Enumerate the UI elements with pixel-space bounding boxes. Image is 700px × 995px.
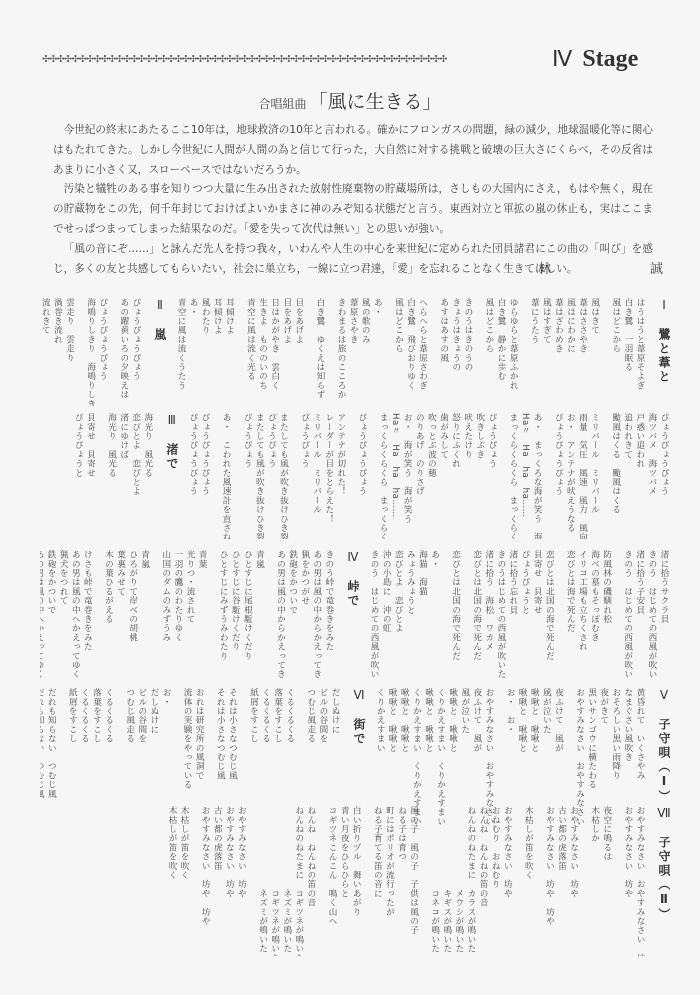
lyric-line: 風はすぎて	[540, 298, 552, 406]
lyric-line: 青空に風は流くうたう	[175, 298, 187, 406]
lyric-line: 恋びとは海で死んだ	[564, 550, 576, 678]
lyric-line: ねんねのねたまに コギツネが鳴いた	[293, 806, 305, 956]
movement-number: Ⅵ	[353, 688, 365, 704]
lyric-line: 怒りにふくれ	[450, 413, 462, 539]
piece-title: 合唱組曲「風に生きる」	[0, 88, 700, 118]
stanza-gap	[601, 298, 610, 406]
lyric-line: お・ 海が笑う 海が笑う	[401, 413, 413, 539]
stanza-gap	[96, 413, 105, 539]
lyric-line: またしても風が吹き抜けひき裂いた	[253, 413, 265, 539]
lyric-line: まっくらくらくら まっくらくらくら	[507, 413, 519, 539]
lyric-line: 風わたり	[199, 298, 211, 406]
lyric-line: 風の歌のみ	[359, 298, 371, 406]
lyric-line: コギツネこんこん 鳴く山へ	[326, 806, 338, 956]
lyric-line: 猟をかつがせ	[299, 550, 311, 678]
lyric-line: ねる子は育つ	[395, 806, 407, 956]
movement-heading: Ⅰ鷺と葦と	[646, 298, 670, 406]
lyric-line: 恋びとは北国の海で死んだ	[450, 550, 462, 678]
stanza-gap	[474, 298, 483, 406]
lyric-line: きのう はじめての西風が吹いた	[646, 550, 658, 678]
lyric-line: 目をあげよ	[281, 298, 293, 406]
lyric-line: またしても風が吹き抜けひき裂いた	[277, 413, 289, 539]
lyric-line: 木枯しか	[589, 806, 601, 956]
intro-paragraph: 汚染と犠牲のある事を知りつつ大量に生み出された放射性廃棄物の貯蔵場所は，さしもの…	[53, 180, 653, 239]
lyric-line: ぴょうぴょうぴょう	[187, 413, 199, 539]
title-prefix: 合唱組曲	[258, 97, 306, 111]
lyric-line: ぴょうぴょう	[241, 413, 253, 539]
lyric-line: 目をあげよ	[293, 298, 305, 406]
lyric-line: おやすみなさい おやすみなさい 坊や	[634, 806, 646, 956]
lyric-line: 耳傾けよ	[223, 298, 235, 406]
lyric-line: あすはあすの風	[438, 298, 450, 406]
stanza-gap	[359, 550, 368, 678]
lyric-line: おやすみなさい 坊や	[223, 806, 235, 956]
lyrics-band-5: Ⅶ子守唄（Ⅱ）おやすみなさい おやすみなさい 坊やおやすみなさい 坊や夜空に鳴る…	[40, 806, 670, 956]
movement-title: 嵐	[153, 328, 167, 342]
lyric-line: けさも峠で竜巻きをみた	[81, 550, 93, 678]
stanza-gap	[462, 550, 471, 678]
stanza-gap	[580, 806, 589, 956]
movement-title: 渚で	[165, 443, 179, 471]
lyric-line: ぴょうぴょうぴょう	[199, 413, 211, 539]
movement-heading: Ⅳ峠で	[335, 550, 359, 678]
lyric-line: 白き鷺 飛びおりゆく	[404, 298, 416, 406]
lyric-line: おやすみなさい 坊や	[501, 806, 513, 956]
lyric-line: おやすみなさい 坊や 坊や	[543, 806, 555, 956]
stanza-gap	[519, 298, 528, 406]
stanza-gap	[613, 806, 622, 956]
lyric-line: 流れきて	[40, 298, 51, 406]
movement-number: Ⅳ	[347, 550, 359, 566]
lyric-line: コネコが鳴いた	[429, 806, 441, 956]
lyric-line: 海猫 海猫	[416, 550, 428, 678]
stanza-gap	[93, 550, 102, 678]
stanza-gap	[166, 298, 175, 406]
lyric-line: のりあげ のりさげ	[413, 413, 425, 539]
lyric-line: あの男は風の中からかえってきた	[274, 550, 286, 678]
lyric-line: きわまるは旅のこころか	[335, 298, 347, 406]
lyric-line: 山国のダムのみずうみ	[160, 550, 172, 678]
lyric-line: ひとすじにみずうみわたり	[217, 550, 229, 678]
lyric-line: ぴょうぴょうと	[72, 413, 84, 539]
stanza-gap	[555, 550, 564, 678]
lyric-line: 葉裏みせて	[114, 550, 126, 678]
stanza-gap	[151, 550, 160, 678]
movement-title: 子守唄（Ⅱ）	[657, 836, 670, 922]
stanza-gap	[211, 413, 220, 539]
lyric-line: 木枯しが笛を吹く	[522, 806, 534, 956]
lyric-line: 猟犬をつれて	[57, 550, 69, 678]
lyric-line: 青空に風は流く光る	[244, 298, 256, 406]
lyric-line: ぴょうぴょうぴょう	[552, 413, 564, 539]
title-main: 「風に生きる」	[309, 91, 442, 113]
stage-heading: ⅣStage	[552, 44, 638, 74]
lyrics-band-3: 渚に拾うサクラ貝きのう はじめての西風が吹いた渚に拾う子安貝きのう はじめての西…	[40, 550, 670, 678]
lyric-line: みょうみょうと	[404, 550, 416, 678]
lyric-line: 風はどこから	[610, 298, 622, 406]
lyrics-band-1: Ⅰ鷺と葦とはうはうと葦原そよぎ白き鷺 一羽眠る風はどこから風はきて葦はささやき風…	[40, 298, 670, 406]
lyric-line: 生きよ もののいのち	[256, 298, 268, 406]
intro-text: 今世紀の終末にあたるここ10年は，地球救済の10年と言われる。確かにフロンガスの…	[53, 121, 653, 279]
lyric-line: ねる子育てる笛の音に	[371, 806, 383, 956]
lyric-line: 渚に拾うサクラ貝	[658, 550, 670, 678]
stage-numeral: Ⅳ	[552, 46, 572, 71]
movement-number: Ⅲ	[166, 413, 178, 429]
lyric-line: ぴょうぴょうぴょう	[658, 413, 670, 539]
stanza-gap	[235, 298, 244, 406]
lyric-line: あ・	[187, 298, 199, 406]
lyric-line: 風はきて	[589, 298, 601, 406]
lyric-line: 歯がみして	[437, 413, 449, 539]
lyric-line: 日はかがやき 雲白く	[269, 298, 281, 406]
lyric-line: あ・ こわれた風速計を直さねばならぬ	[220, 413, 232, 539]
lyric-line: 青嵐	[253, 550, 265, 678]
movement-title: 子守唄（Ⅰ）	[657, 718, 670, 804]
lyric-line: 木枯しが笛を吹く	[166, 806, 178, 956]
lyric-line: 吹っとぶ波の穂	[425, 413, 437, 539]
lyric-line: 渚に拾う 海松 ワカメ	[483, 550, 495, 678]
lyric-line: まっくらくらくら まっくらくらくら	[377, 413, 389, 539]
movement-title: 峠で	[346, 580, 360, 608]
lyric-line: 雨量 気圧 風速 風力 風向 進路	[576, 413, 588, 539]
lyric-line: 渦巻き流れ	[51, 298, 63, 406]
lyric-line: 海べの墓もそっぽむき	[588, 550, 600, 678]
lyric-line: 海ツバメ 海ツバメ	[646, 413, 658, 539]
lyric-line: 葦はざわめき	[552, 298, 564, 406]
movement-number: Ⅰ	[658, 298, 670, 314]
lyric-line: ゆらゆらと葦原ふかれ	[507, 298, 519, 406]
lyric-line: ひろがりて岸べの胡桃	[127, 550, 139, 678]
stanza-gap	[362, 806, 371, 956]
lyric-line: あの男は風の中へかえってゆく	[69, 550, 81, 678]
movement-heading: Ⅱ嵐	[142, 298, 166, 406]
lyric-line: 貝寄せ 貝寄せ	[84, 413, 96, 539]
lyric-line: ミリバール ミリバール	[588, 413, 600, 539]
lyric-line: あ・	[428, 550, 440, 678]
lyric-line: きょうはきょうの	[450, 298, 462, 406]
lyric-line: 耳傾けよ	[211, 298, 223, 406]
author-family-name: 林	[538, 258, 551, 277]
intro-paragraph: 今世紀の終末にあたるここ10年は，地球救済の10年と言われる。確かにフロンガスの…	[53, 121, 653, 180]
lyric-line: きのうはきのうの	[462, 298, 474, 406]
lyric-line: Ha〃 Ha ha ha……	[389, 413, 401, 539]
stanza-gap	[109, 298, 118, 406]
stanza-gap	[420, 806, 429, 956]
stanza-gap	[543, 413, 552, 539]
lyric-line: ぴょうぴょう	[265, 413, 277, 539]
stanza-gap	[368, 413, 377, 539]
lyric-line: 渚に拾う忘れ貝	[507, 550, 519, 678]
movement-number: Ⅴ	[658, 688, 670, 704]
lyric-line: 古い都の虎落笛	[555, 806, 567, 956]
movement-number: Ⅱ	[154, 298, 166, 314]
author-given-name: 誠	[650, 258, 663, 277]
stanza-gap	[601, 413, 610, 539]
lyric-line: 恋びとよ 恋びとよ	[130, 413, 142, 539]
lyric-line: ひとすじに谷駈けくだり	[229, 550, 241, 678]
lyric-line: レーダーが目をとらえた！	[323, 413, 335, 539]
lyric-line: ひとすじに尾根駈けくだり	[241, 550, 253, 678]
lyric-line: お・ アンテナが吠えうなる	[564, 413, 576, 539]
stanza-gap	[76, 298, 85, 406]
stanza-gap	[498, 413, 507, 539]
stanza-gap	[513, 806, 522, 956]
lyric-line: あ・	[371, 298, 383, 406]
lyric-line: コギツネが鳴いた	[269, 806, 281, 956]
lyric-line: あの男は風の中からかえってきた	[311, 550, 323, 678]
lyric-line: 古い都の虎落笛	[211, 806, 223, 956]
lyric-line: おねむり おねむり	[489, 806, 501, 956]
lyric-line: 葦はささやき	[577, 298, 589, 406]
lyric-line: ネズミが鳴いた	[281, 806, 293, 956]
lyric-line: 貝寄せ 貝寄せ	[531, 550, 543, 678]
lyric-line: 木の葉ひるがえる	[102, 550, 114, 678]
lyric-line: あの男は風の中へかえってゆく	[40, 550, 45, 678]
lyric-line: ネズミが鳴いた	[256, 806, 268, 956]
lyric-line: 海光り 風光る	[142, 413, 154, 539]
lyric-line: 風はにわかに	[564, 298, 576, 406]
lyric-line: きのう峠で竜巻きをみた	[323, 550, 335, 678]
lyric-line: 青い月夜をひらひらと	[338, 806, 350, 956]
lyric-line: 渚に拾う子安貝	[634, 550, 646, 678]
stanza-gap	[441, 550, 450, 678]
lyric-line: 吠えたけり	[462, 413, 474, 539]
lyric-line: はうはうと葦原そよぎ	[634, 298, 646, 406]
lyric-line: 夜空に鳴るは	[601, 806, 613, 956]
lyric-line: 一羽の鷹のわたりゆく	[172, 550, 184, 678]
lyric-line: 町にはポリオが流行ったが	[383, 806, 395, 956]
stanza-gap	[383, 298, 392, 406]
lyric-line: 風の子 風の子 子供は風の子	[408, 806, 420, 956]
lyric-line: あの躍黄いろの夕映えは	[118, 298, 130, 406]
lyric-line: 戸惑い追われ	[634, 413, 646, 539]
lyric-line: 白き鷺 一羽眠る	[622, 298, 634, 406]
lyric-line: 恋びとよ 恋びとよ	[392, 550, 404, 678]
lyric-line: ぴょうぴょうぴょう	[130, 298, 142, 406]
lyric-line: 風はどこから	[392, 298, 404, 406]
lyric-line: Ha〃 Ha ha ha……	[519, 413, 531, 539]
stanza-gap	[265, 550, 274, 678]
stanza-gap	[429, 298, 438, 406]
lyric-line: きのうはじめての西風が吹いた	[495, 550, 507, 678]
lyric-line: ねんね ねんねの笛の音	[477, 806, 489, 956]
lyric-line: 雲走り 雲走り	[63, 298, 75, 406]
author-signature: 林 誠	[538, 258, 663, 277]
ornament-rule: ✣✣✣✣✣✣✣✣✣✣✣✣✣✣✣✣✣✣✣✣✣✣✣✣✣✣✣✣✣✣✣✣✣✣✣✣✣✣✣✣…	[42, 53, 542, 67]
lyric-line: 追われきて	[622, 413, 634, 539]
lyric-line: 光りつ・流されて	[184, 550, 196, 678]
lyric-line: ぴょうぴょう	[486, 413, 498, 539]
lyric-line: ミリバール ミリバール	[311, 413, 323, 539]
lyric-line: メウシが鳴いた	[453, 806, 465, 956]
lyric-line: 恋びとは北国の海で死んだ	[471, 550, 483, 678]
lyric-line: 颱風はくる 颱風はくる	[610, 413, 622, 539]
lyric-line: 木枯しが笛を吹く	[178, 806, 190, 956]
stanza-gap	[613, 550, 622, 678]
lyric-line: 白い折りヅル 舞いあがり	[350, 806, 362, 956]
movement-number: Ⅶ	[658, 806, 670, 822]
lyric-line: おやすみなさい 坊や	[235, 806, 247, 956]
stanza-gap	[289, 413, 298, 539]
lyric-line: ねんね ねんねの笛の音	[305, 806, 317, 956]
lyric-line: 沖の小島に 沖の虹	[380, 550, 392, 678]
lyric-line: 吹きしぶき	[474, 413, 486, 539]
lyric-line: 葦にうたう	[528, 298, 540, 406]
lyric-line: 葦原さやき	[347, 298, 359, 406]
lyric-line: 鉄砲をかついで	[287, 550, 299, 678]
lyric-line: おやすみなさい 坊や 坊や	[199, 806, 211, 956]
lyric-line: 渚にゆけば	[118, 413, 130, 539]
stanza-gap	[305, 298, 314, 406]
stanza-gap	[317, 806, 326, 956]
lyric-line: 風はどこから	[483, 298, 495, 406]
stanza-gap	[178, 413, 187, 539]
lyric-line: きのう はじめての西風が吹いた	[368, 550, 380, 678]
stanza-gap	[326, 298, 335, 406]
program-page: ✣✣✣✣✣✣✣✣✣✣✣✣✣✣✣✣✣✣✣✣✣✣✣✣✣✣✣✣✣✣✣✣✣✣✣✣✣✣✣✣…	[0, 0, 700, 995]
lyric-line: へらへらと葦原さわぎ	[417, 298, 429, 406]
lyric-line: ねんねのねたまに カラスが鳴いた	[465, 806, 477, 956]
stanza-gap	[232, 413, 241, 539]
lyric-line: 白き鷺 静かに歩む	[495, 298, 507, 406]
lyric-line: 鉄砲をかついで	[45, 550, 57, 678]
lyric-line: ぴょうぴょう	[298, 413, 310, 539]
movement-title: 街で	[352, 718, 366, 746]
lyric-line: 海光り 風光る	[105, 413, 117, 539]
stage-word: Stage	[582, 46, 638, 72]
movement-title: 鷺と葦と	[657, 328, 670, 384]
lyric-line: きのう はじめての西風が吹いた	[622, 550, 634, 678]
lyric-line: イリコ工場も立ちくされ	[576, 550, 588, 678]
lyric-line: おやすみなさい 坊や	[622, 806, 634, 956]
lyric-line: 防風林の磯馴れ松	[601, 550, 613, 678]
lyric-line: あ・ まっくろな海が笑う 海が笑う	[531, 413, 543, 539]
stanza-gap	[208, 550, 217, 678]
lyric-line: アンテナが切れた！	[335, 413, 347, 539]
lyric-line: 青嵐	[139, 550, 151, 678]
lyric-line: 海鳴りしきり 海鳴りしきり	[85, 298, 97, 406]
movement-heading: Ⅲ渚で	[154, 413, 178, 539]
lyric-line: 白き鷺 ゆくえは知らず	[314, 298, 326, 406]
lyric-line: キギスが鳴いた	[441, 806, 453, 956]
stanza-gap	[347, 413, 356, 539]
movement-heading: Ⅶ子守唄（Ⅱ）	[646, 806, 670, 956]
lyric-line: ぴょうぴょうぴょう	[356, 413, 368, 539]
lyric-line: ぴょうぴょうぴょう	[97, 298, 109, 406]
lyric-line: おやすみなさい 坊や	[568, 806, 580, 956]
stanza-gap	[190, 806, 199, 956]
lyric-line: 恋びとは北国の海で死んだ	[543, 550, 555, 678]
lyric-line: 青葉	[196, 550, 208, 678]
stanza-gap	[247, 806, 256, 956]
stanza-gap	[534, 806, 543, 956]
lyric-line: ぴょうぴょうと	[519, 550, 531, 678]
lyrics-band-2: ぴょうぴょうぴょう海ツバメ 海ツバメ戸惑い追われ追われきて颱風はくる 颱風はくる…	[40, 413, 670, 539]
